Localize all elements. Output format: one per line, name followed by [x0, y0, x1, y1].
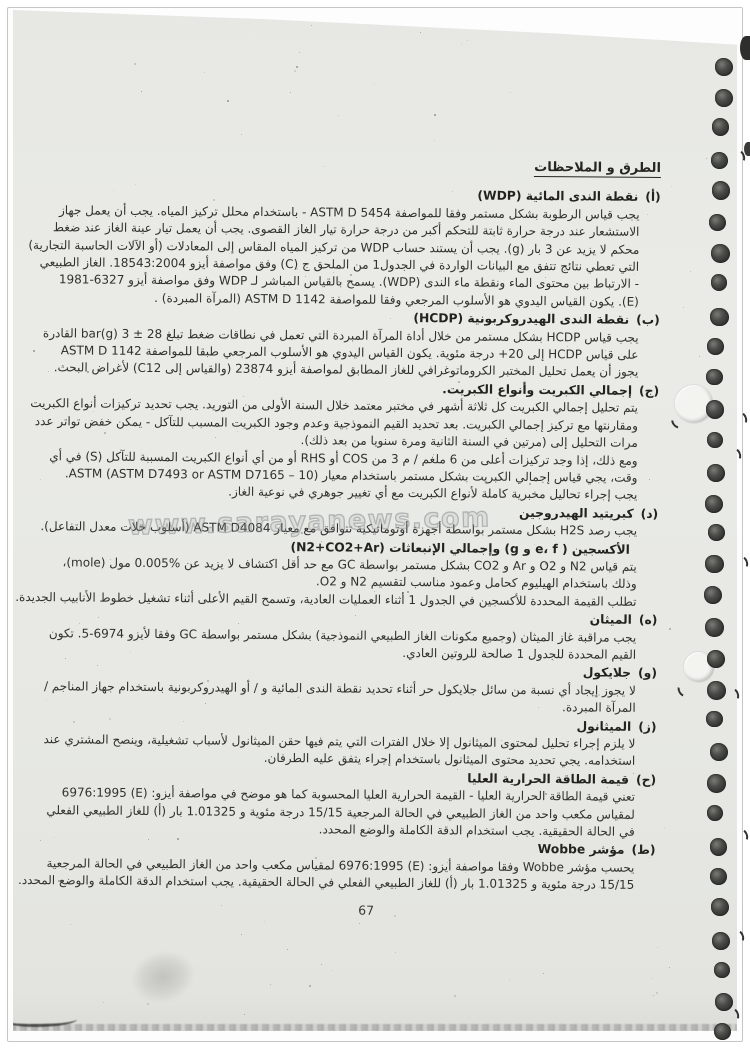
scan-noise	[656, 992, 658, 994]
scan-noise	[40, 479, 41, 480]
binding-hole	[708, 524, 725, 541]
scan-noise	[374, 83, 375, 84]
scan-edge-mark	[744, 142, 750, 156]
note-section: (د)كبريتيد الهيدروجين يجب رصد H2S بشكل م…	[80, 501, 658, 540]
scan-noise	[315, 857, 317, 859]
scan-noise	[215, 456, 216, 457]
scan-noise	[355, 615, 356, 616]
scan-noise	[434, 140, 435, 141]
note-section: (ب)نقطة الندى الهيدروكربونية (HCDP) يجب …	[81, 308, 660, 382]
scan-noise	[634, 274, 635, 275]
page-number: 67	[77, 899, 655, 921]
scan-noise	[296, 66, 298, 68]
scan-noise	[204, 72, 205, 73]
scan-noise	[48, 371, 49, 372]
scan-noise	[454, 995, 456, 997]
scan-noise	[669, 967, 670, 968]
scan-noise	[130, 651, 131, 652]
binding-hole	[707, 650, 725, 668]
binding-hole	[712, 181, 730, 199]
scan-noise	[73, 721, 75, 723]
binding-hole	[711, 244, 730, 263]
scan-noise	[103, 1002, 104, 1003]
section-title: قيمة الطاقة الحرارية العليا	[467, 771, 629, 786]
scan-noise	[491, 772, 492, 773]
scan-noise	[294, 70, 296, 72]
scan-noise	[427, 638, 428, 639]
scan-noise	[65, 658, 66, 659]
scan-noise	[567, 346, 568, 347]
binding-hole	[711, 152, 728, 169]
scan-noise	[299, 52, 300, 53]
scan-noise	[434, 114, 436, 116]
scan-noise	[287, 949, 288, 950]
scan-noise	[338, 115, 339, 116]
scan-noise	[653, 995, 654, 996]
section-label: (ح)	[636, 773, 656, 787]
scan-noise	[227, 100, 229, 102]
scan-noise	[510, 92, 511, 93]
binding-hole	[706, 711, 722, 727]
scan-noise	[207, 680, 209, 682]
scan-noise	[40, 840, 41, 841]
binding-hole	[707, 338, 723, 354]
scan-noise	[110, 559, 111, 560]
binding-hole	[711, 898, 729, 916]
scan-noise	[683, 307, 684, 308]
scan-noise	[58, 880, 60, 882]
scan-noise	[245, 211, 246, 212]
binding-hole	[705, 618, 724, 637]
scanned-document-viewer: { "document": { "header_title": "الطرق و…	[0, 0, 750, 1049]
scan-noise	[553, 660, 554, 661]
binding-hole	[710, 308, 728, 326]
note-section: (ه)الميثان يجب مراقبة غاز الميثان (وجميع…	[79, 608, 657, 665]
binding-hole	[714, 1023, 731, 1040]
section-title: نقطة الندى الهيدروكربونية (HCDP)	[413, 311, 629, 327]
binding-hole	[706, 400, 724, 418]
section-label: (ب)	[636, 313, 660, 327]
section-title: إجمالي الكبريت وأنواع الكبريت.	[442, 382, 632, 397]
scan-noise	[301, 532, 303, 534]
section-title: الأكسجين ( e، f و g) وإجمالي الإنبعاثات …	[290, 540, 630, 557]
binding-hole	[709, 214, 726, 231]
binding-hole	[706, 369, 722, 385]
scan-noise	[54, 837, 55, 838]
scan-noise	[93, 411, 94, 412]
scan-noise	[164, 475, 165, 476]
section-label: (أ)	[645, 190, 661, 204]
scan-noise	[215, 437, 216, 438]
notes-sections: (أ)نقطة الندى المائية (WDP) يجب قياس الر…	[77, 185, 661, 895]
scan-noise	[183, 721, 184, 722]
scan-noise	[141, 91, 142, 92]
page-header-title: الطرق و الملاحظات	[83, 155, 661, 177]
scan-noise	[290, 92, 291, 93]
scan-noise	[332, 970, 333, 971]
scan-shadow-edge	[13, 1024, 737, 1031]
binding-hole	[707, 681, 725, 699]
scan-noise	[33, 350, 35, 352]
scan-noise	[309, 985, 311, 987]
section-title: مؤشر Wobbe	[538, 842, 625, 857]
scan-noise	[311, 25, 312, 26]
scan-noise	[657, 947, 658, 948]
scan-noise	[467, 40, 468, 41]
section-title: الميثان	[590, 613, 632, 627]
scan-noise	[134, 63, 136, 65]
scan-smudge	[126, 945, 200, 1009]
note-section: (ز)الميثانول لا يلزم إجراء تحليل لمحتوى …	[78, 714, 656, 771]
scan-noise	[543, 973, 544, 974]
scan-noise	[323, 166, 324, 167]
scan-noise	[350, 274, 352, 276]
scan-edge-mark	[740, 36, 750, 60]
scan-noise	[509, 980, 510, 981]
section-label: (د)	[641, 507, 659, 521]
note-section: (و)جلايكول لا يجوز إيجاد أي نسبة من سائل…	[79, 661, 657, 718]
scan-noise	[264, 921, 265, 922]
note-section: (ح)قيمة الطاقة الحرارية العليا تعني قيمة…	[78, 767, 657, 841]
section-label: (ز)	[638, 719, 656, 733]
scan-noise	[478, 411, 479, 412]
scan-noise	[433, 454, 434, 455]
scanned-page: الطرق و الملاحظات (أ)نقطة الندى المائية …	[13, 10, 737, 1031]
scan-noise	[706, 158, 707, 159]
note-section: (أ)نقطة الندى المائية (WDP) يجب قياس الر…	[82, 185, 661, 311]
scan-noise	[605, 350, 606, 351]
scan-noise	[296, 268, 298, 270]
scan-noise	[420, 32, 421, 33]
scan-noise	[699, 356, 700, 357]
scan-noise	[501, 740, 502, 741]
scan-noise	[205, 703, 206, 704]
binding-hole	[704, 586, 721, 603]
scan-noise	[690, 271, 691, 272]
scan-noise	[241, 934, 242, 935]
scan-noise	[241, 134, 242, 135]
scan-noise	[598, 694, 600, 696]
scan-noise	[599, 886, 601, 888]
scan-noise	[671, 186, 672, 187]
scan-noise	[664, 828, 665, 829]
scan-noise	[148, 469, 149, 470]
text-line: 15/15 درجة مئوية و 1.01325 بار (أ) للغاز…	[77, 873, 655, 895]
scan-noise	[560, 573, 561, 574]
note-section: (ج)إجمالي الكبريت وأنواع الكبريت. يتم تح…	[80, 378, 659, 504]
binding-hole	[712, 932, 730, 950]
section-label: (ج)	[639, 384, 659, 398]
binding-hole	[715, 58, 733, 76]
scan-noise	[652, 978, 653, 979]
scan-noise	[471, 811, 472, 812]
section-title: جلايكول	[583, 666, 631, 680]
scan-noise	[333, 272, 334, 273]
scan-noise	[70, 924, 71, 925]
binding-hole	[705, 555, 724, 574]
scan-noise	[395, 952, 396, 953]
scan-noise	[243, 396, 244, 397]
binding-hole	[711, 274, 728, 291]
section-title: نقطة الندى المائية (WDP)	[477, 189, 638, 204]
section-title: الميثانول	[576, 719, 631, 733]
section-title: كبريتيد الهيدروجين	[519, 506, 634, 521]
scan-noise	[109, 718, 111, 720]
section-label: (و)	[638, 666, 657, 680]
scan-noise	[316, 255, 317, 256]
binding-hole	[707, 432, 723, 448]
binding-hole	[707, 774, 725, 792]
binding-hole	[707, 464, 725, 482]
section-label: (ط)	[632, 843, 656, 857]
scan-noise	[270, 984, 271, 985]
scan-noise	[359, 923, 360, 924]
scan-noise	[669, 628, 671, 630]
document-content: الطرق و الملاحظات (أ)نقطة الندى المائية …	[77, 155, 661, 921]
scan-noise	[341, 534, 342, 535]
scan-noise	[538, 707, 539, 708]
binding-hole	[710, 838, 727, 855]
section-label: (ه)	[639, 613, 658, 627]
binding-hole	[712, 118, 730, 136]
scan-noise	[244, 1014, 245, 1015]
note-section: الأكسجين ( e، f و g) وإجمالي الإنبعاثات …	[79, 537, 658, 611]
scan-noise	[46, 699, 47, 700]
scan-noise	[321, 964, 322, 965]
scan-noise	[396, 306, 397, 307]
note-section: (ط)مؤشر Wobbe يحسب مؤشر Wobbe وفقا مواصف…	[77, 838, 655, 895]
scan-noise	[461, 43, 462, 44]
binding-hole	[715, 89, 733, 107]
